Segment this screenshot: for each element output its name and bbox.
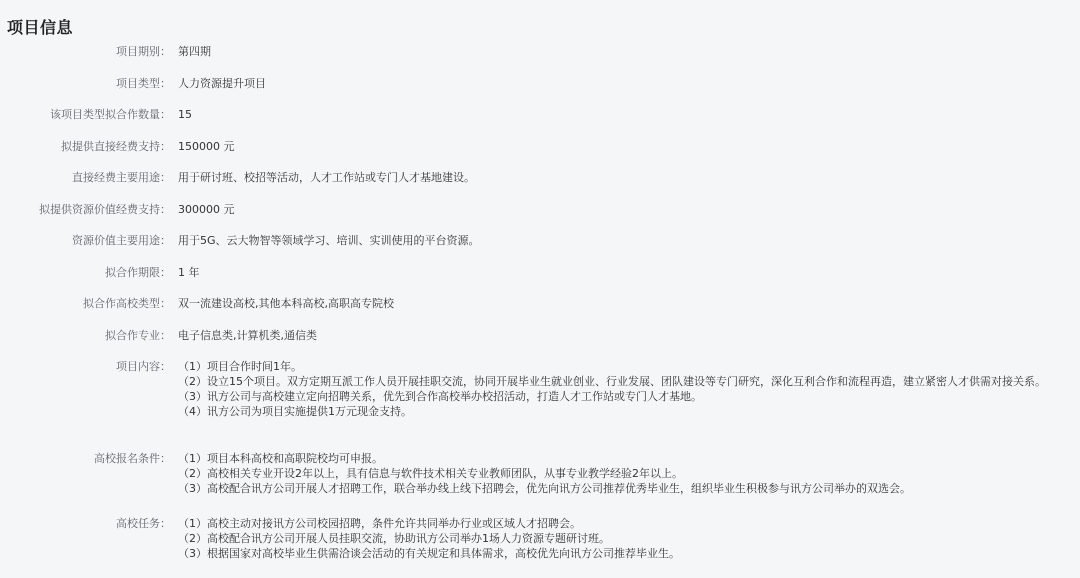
field-label: 该项目类型拟合作数量： — [0, 107, 171, 122]
field-application-conditions: 高校报名条件： （1）项目本科高校和高职院校均可申报。 （2）高校相关专业开设2… — [0, 451, 1080, 516]
field-label: 资源价值主要用途： — [0, 233, 171, 248]
field-project-type: 项目类型： 人力资源提升项目 — [0, 76, 1080, 108]
field-value: 人力资源提升项目 — [171, 76, 1080, 91]
field-label: 项目内容： — [0, 359, 171, 374]
field-label: 拟合作期限： — [0, 265, 171, 280]
field-value: 15 — [171, 107, 1080, 122]
field-value-list: （1）项目本科高校和高职院校均可申报。 （2）高校相关专业开设2年以上，具有信息… — [171, 451, 1080, 496]
field-value: 用于研讨班、校招等活动，人才工作站或专门人才基地建设。 — [171, 170, 1080, 185]
list-item: （1）项目本科高校和高职院校均可申报。 — [178, 451, 1062, 466]
field-value: 电子信息类,计算机类,通信类 — [171, 328, 1080, 343]
list-item: （1）项目合作时间1年。 — [178, 359, 1062, 374]
field-school-type: 拟合作高校类型： 双一流建设高校,其他本科高校,高职高专院校 — [0, 296, 1080, 328]
section-title: 项目信息 — [7, 15, 73, 38]
field-direct-funding-usage: 直接经费主要用途： 用于研讨班、校招等活动，人才工作站或专门人才基地建设。 — [0, 170, 1080, 202]
field-label: 拟合作高校类型： — [0, 296, 171, 311]
field-value: 第四期 — [171, 44, 1080, 59]
list-item: （1）高校主动对接讯方公司校园招聘，条件允许共同举办行业或区域人才招聘会。 — [178, 516, 1062, 531]
field-label: 高校任务： — [0, 516, 171, 531]
project-info-form: 项目期别： 第四期 项目类型： 人力资源提升项目 该项目类型拟合作数量： 15 … — [0, 44, 1080, 578]
field-value: 用于5G、云大物智等领域学习、培训、实训使用的平台资源。 — [171, 233, 1080, 248]
field-cooperation-count: 该项目类型拟合作数量： 15 — [0, 107, 1080, 139]
list-item: （3）高校配合讯方公司开展人才招聘工作，联合举办线上线下招聘会，优先向讯方公司推… — [178, 481, 1062, 496]
list-item: （2）高校配合讯方公司开展人员挂职交流，协助讯方公司举办1场人力资源专题研讨班。 — [178, 531, 1062, 546]
field-value: 150000 元 — [171, 139, 1080, 154]
field-label: 项目期别： — [0, 44, 171, 59]
field-value: 300000 元 — [171, 202, 1080, 217]
field-school-tasks: 高校任务： （1）高校主动对接讯方公司校园招聘，条件允许共同举办行业或区域人才招… — [0, 516, 1080, 578]
field-value: 1 年 — [171, 265, 1080, 280]
field-project-period: 项目期别： 第四期 — [0, 44, 1080, 76]
list-item: （3）讯方公司与高校建立定向招聘关系，优先到合作高校举办校招活动，打造人才工作站… — [178, 389, 1062, 404]
field-resource-funding: 拟提供资源价值经费支持： 300000 元 — [0, 202, 1080, 234]
field-majors: 拟合作专业： 电子信息类,计算机类,通信类 — [0, 328, 1080, 360]
field-project-content: 项目内容： （1）项目合作时间1年。 （2）设立15个项目。双方定期互派工作人员… — [0, 359, 1080, 451]
field-label: 拟合作专业： — [0, 328, 171, 343]
list-item: （2）高校相关专业开设2年以上，具有信息与软件技术相关专业教师团队，从事专业教学… — [178, 466, 1062, 481]
field-direct-funding: 拟提供直接经费支持： 150000 元 — [0, 139, 1080, 171]
field-resource-usage: 资源价值主要用途： 用于5G、云大物智等领域学习、培训、实训使用的平台资源。 — [0, 233, 1080, 265]
field-label: 拟提供直接经费支持： — [0, 139, 171, 154]
list-item: （2）设立15个项目。双方定期互派工作人员开展挂职交流，协同开展毕业生就业创业、… — [178, 374, 1062, 389]
field-value: 双一流建设高校,其他本科高校,高职高专院校 — [171, 296, 1080, 311]
list-item: （3）根据国家对高校毕业生供需洽谈会活动的有关规定和具体需求，高校优先向讯方公司… — [178, 546, 1062, 561]
field-label: 直接经费主要用途： — [0, 170, 171, 185]
field-value-list: （1）高校主动对接讯方公司校园招聘，条件允许共同举办行业或区域人才招聘会。 （2… — [171, 516, 1080, 561]
field-label: 高校报名条件： — [0, 451, 171, 466]
field-label: 项目类型： — [0, 76, 171, 91]
list-item: （4）讯方公司为项目实施提供1万元现金支持。 — [178, 404, 1062, 419]
field-cooperation-period: 拟合作期限： 1 年 — [0, 265, 1080, 297]
field-value-list: （1）项目合作时间1年。 （2）设立15个项目。双方定期互派工作人员开展挂职交流… — [171, 359, 1080, 419]
field-label: 拟提供资源价值经费支持： — [0, 202, 171, 217]
